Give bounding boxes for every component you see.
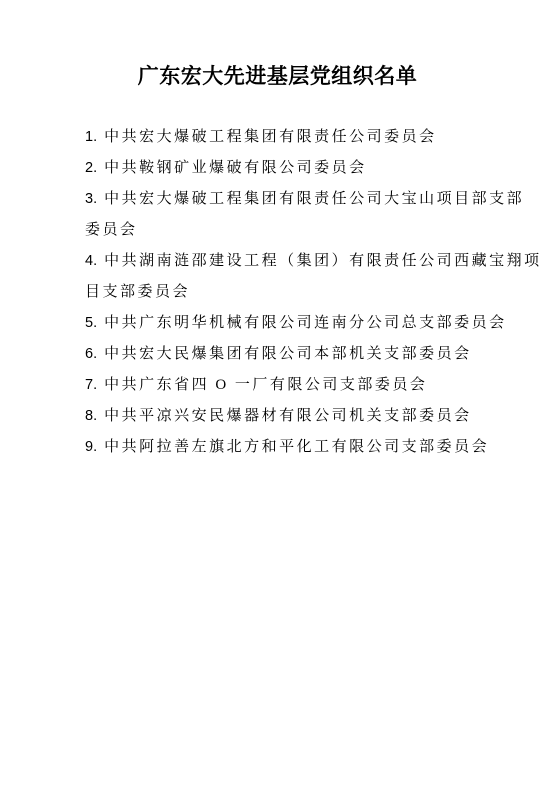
item-text: 中共宏大爆破工程集团有限责任公司大宝山项目部支部 xyxy=(104,191,524,207)
item-number: 5. xyxy=(85,315,97,331)
list-item: 4.中共湖南涟邵建设工程（集团）有限责任公司西藏宝翔项 目支部委员会 xyxy=(85,246,535,308)
item-number: 6. xyxy=(85,346,97,362)
page-title: 广东宏大先进基层党组织名单 xyxy=(0,62,555,92)
list-item: 1.中共宏大爆破工程集团有限责任公司委员会 xyxy=(85,122,535,153)
item-text: 中共湖南涟邵建设工程（集团）有限责任公司西藏宝翔项 xyxy=(104,253,542,269)
item-line: 4.中共湖南涟邵建设工程（集团）有限责任公司西藏宝翔项 xyxy=(85,246,535,277)
item-line: 5.中共广东明华机械有限公司连南分公司总支部委员会 xyxy=(85,308,535,339)
item-line: 1.中共宏大爆破工程集团有限责任公司委员会 xyxy=(85,122,535,153)
item-line: 3.中共宏大爆破工程集团有限责任公司大宝山项目部支部 xyxy=(85,184,535,215)
list-item: 7.中共广东省四 O 一厂有限公司支部委员会 xyxy=(85,370,535,401)
item-number: 1. xyxy=(85,129,97,145)
item-number: 8. xyxy=(85,408,97,424)
list-item: 3.中共宏大爆破工程集团有限责任公司大宝山项目部支部 委员会 xyxy=(85,184,535,246)
item-text-continued: 委员会 xyxy=(85,215,535,246)
item-number: 7. xyxy=(85,377,97,393)
item-text: 中共平凉兴安民爆器材有限公司机关支部委员会 xyxy=(104,408,472,424)
list-item: 6.中共宏大民爆集团有限公司本部机关支部委员会 xyxy=(85,339,535,370)
item-text: 中共鞍钢矿业爆破有限公司委员会 xyxy=(104,160,367,176)
list-item: 8.中共平凉兴安民爆器材有限公司机关支部委员会 xyxy=(85,401,535,432)
item-line: 9.中共阿拉善左旗北方和平化工有限公司支部委员会 xyxy=(85,432,535,463)
item-number: 4. xyxy=(85,253,97,269)
item-text: 中共阿拉善左旗北方和平化工有限公司支部委员会 xyxy=(104,439,489,455)
list-item: 5.中共广东明华机械有限公司连南分公司总支部委员会 xyxy=(85,308,535,339)
numbered-list: 1.中共宏大爆破工程集团有限责任公司委员会 2.中共鞍钢矿业爆破有限公司委员会 … xyxy=(0,122,555,463)
item-text: 中共广东明华机械有限公司连南分公司总支部委员会 xyxy=(104,315,507,331)
document-page: 广东宏大先进基层党组织名单 1.中共宏大爆破工程集团有限责任公司委员会 2.中共… xyxy=(0,0,555,788)
item-text: 中共宏大爆破工程集团有限责任公司委员会 xyxy=(104,129,437,145)
item-text: 中共宏大民爆集团有限公司本部机关支部委员会 xyxy=(104,346,472,362)
item-number: 2. xyxy=(85,160,97,176)
list-item: 9.中共阿拉善左旗北方和平化工有限公司支部委员会 xyxy=(85,432,535,463)
list-item: 2.中共鞍钢矿业爆破有限公司委员会 xyxy=(85,153,535,184)
item-line: 8.中共平凉兴安民爆器材有限公司机关支部委员会 xyxy=(85,401,535,432)
item-line: 2.中共鞍钢矿业爆破有限公司委员会 xyxy=(85,153,535,184)
item-text: 中共广东省四 O 一厂有限公司支部委员会 xyxy=(104,377,427,393)
item-line: 7.中共广东省四 O 一厂有限公司支部委员会 xyxy=(85,370,535,401)
item-number: 9. xyxy=(85,439,97,455)
item-text-continued: 目支部委员会 xyxy=(85,277,535,308)
item-line: 6.中共宏大民爆集团有限公司本部机关支部委员会 xyxy=(85,339,535,370)
item-number: 3. xyxy=(85,191,97,207)
